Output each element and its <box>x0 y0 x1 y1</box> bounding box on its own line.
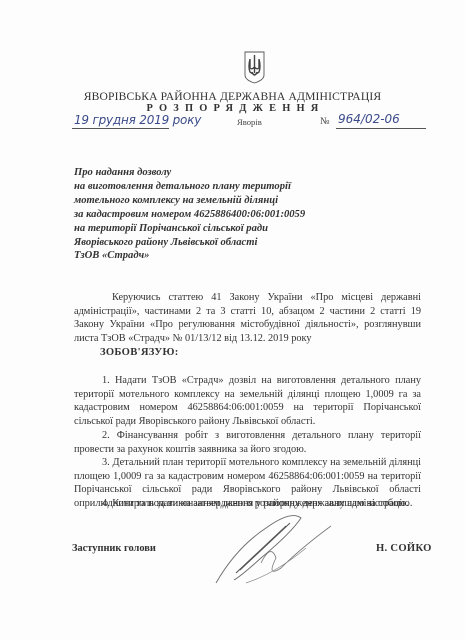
document-page: ЯВОРІВСЬКА РАЙОННА ДЕРЖАВНА АДМІНІСТРАЦІ… <box>0 0 465 640</box>
subject-line: мотельного комплексу на земельній ділянц… <box>74 194 305 208</box>
organization-name: ЯВОРІВСЬКА РАЙОННА ДЕРЖАВНА АДМІНІСТРАЦІ… <box>0 90 465 103</box>
preamble-paragraph: Керуючись статтею 41 Закону України «Про… <box>74 291 421 345</box>
document-city: Яворів <box>237 117 262 127</box>
coat-of-arms-icon <box>244 51 265 84</box>
subject-line: Про надання дозволу <box>74 166 305 180</box>
subject-line: ТзОВ «Страдч» <box>74 249 305 263</box>
document-date: 19 грудня 2019 року <box>74 113 201 127</box>
document-number: 964/02-06 <box>338 112 400 126</box>
oblige-heading: ЗОБОВ'ЯЗУЮ: <box>100 347 179 358</box>
number-underline <box>336 128 426 129</box>
order-item-1: 1. Надати ТзОВ «Страдч» дозвіл на вигото… <box>74 374 421 428</box>
subject-line: за кадастровим номером 4625886400:06:001… <box>74 208 305 222</box>
number-label: № <box>320 116 330 127</box>
order-item-2: 2. Фінансування робіт з виготовлення дет… <box>74 429 421 456</box>
subject-line: Яворівського району Львівської області <box>74 236 305 250</box>
subject-line: на території Порічанської сільської ради <box>74 222 305 236</box>
document-subject: Про надання дозволу на виготовлення дета… <box>74 166 305 263</box>
signature-icon <box>206 508 336 588</box>
signatory-role: Заступник голови <box>72 543 156 554</box>
date-underline <box>72 128 169 129</box>
subject-line: на виготовлення детального плану територ… <box>74 180 305 194</box>
signatory-name: Н. СОЙКО <box>376 543 432 554</box>
